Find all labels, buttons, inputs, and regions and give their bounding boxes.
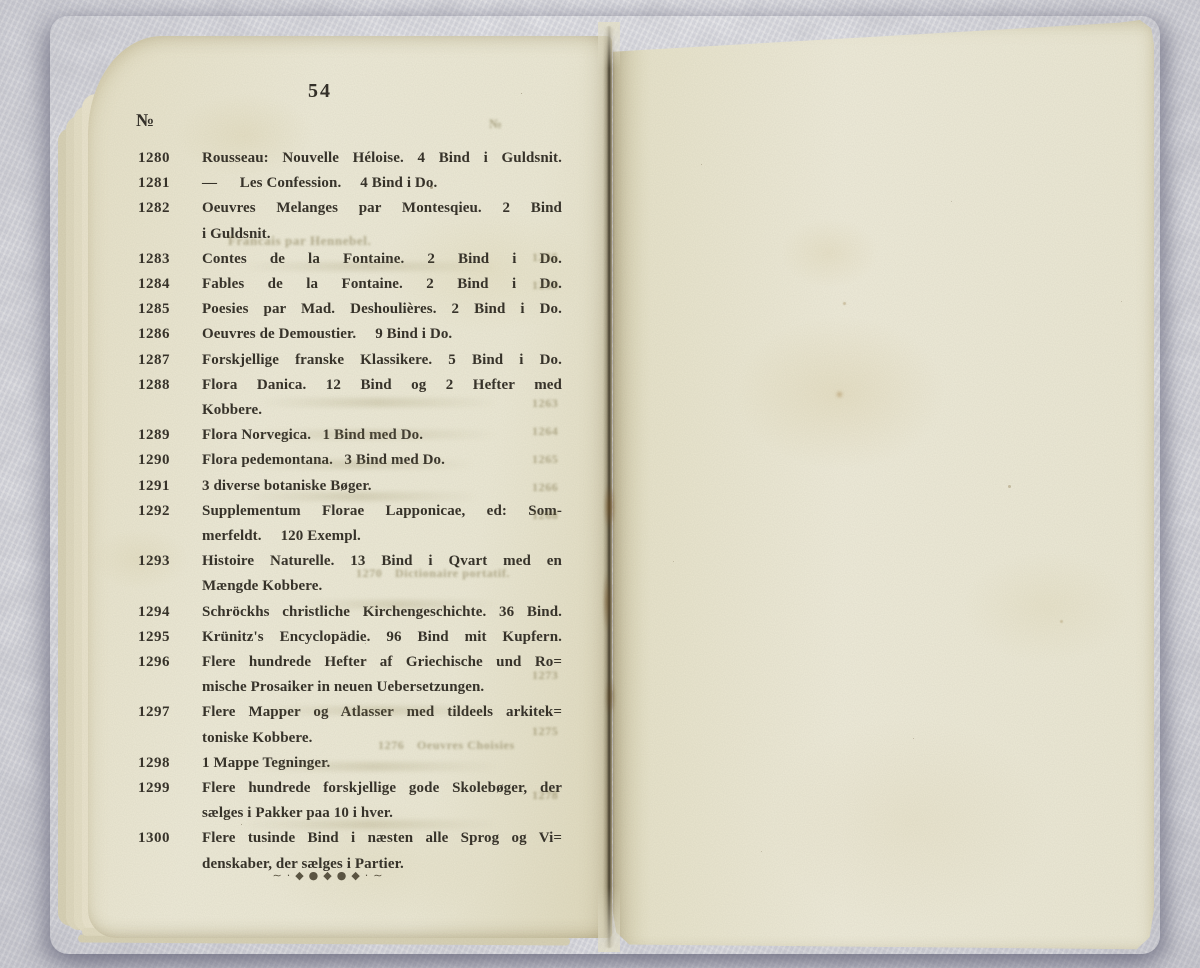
numero-column-header: № <box>136 110 154 131</box>
catalog-entry: 1289Flora Norvegica. 1 Bind med Do. <box>138 423 562 448</box>
entry-number: 1283 <box>138 247 202 272</box>
entry-line: 3 diverse botaniske Bøger. <box>202 474 562 499</box>
catalog-entry: 1297Flere Mapper og Atlasser med tildeel… <box>138 700 562 750</box>
entry-line: Oeuvres Melanges par Montesqieu. 2 Bind <box>202 196 562 221</box>
entry-line: — Les Confession. 4 Bind i Do. <box>202 171 562 196</box>
entry-line: Poesies par Mad. Deshoulières. 2 Bind i … <box>202 297 562 322</box>
entry-number: 1294 <box>138 600 202 625</box>
photo-of-open-book: 54 № 1280Rousseau: Nouvelle Héloise. 4 B… <box>0 0 1200 968</box>
page-number: 54 <box>308 80 332 103</box>
entry-line: Flere tusinde Bind i næsten alle Sprog o… <box>202 826 562 851</box>
entry-number: 1299 <box>138 776 202 826</box>
right-page-blank <box>613 20 1154 952</box>
catalog-entry: 1287Forskjellige franske Klassikere. 5 B… <box>138 348 562 373</box>
entry-number: 1296 <box>138 650 202 700</box>
catalog-entry: 1290Flora pedemontana. 3 Bind med Do. <box>138 448 562 473</box>
entry-number: 1285 <box>138 297 202 322</box>
entry-number: 1286 <box>138 322 202 347</box>
catalog-entries: 1280Rousseau: Nouvelle Héloise. 4 Bind i… <box>138 146 562 877</box>
entry-number: 1290 <box>138 448 202 473</box>
entry-line: 1 Mappe Tegninger. <box>202 751 562 776</box>
entry-number: 1284 <box>138 272 202 297</box>
entry-line: Mængde Kobbere. <box>202 574 562 599</box>
catalog-entry: 1284Fables de la Fontaine. 2 Bind i Do. <box>138 272 562 297</box>
entry-line: toniske Kobbere. <box>202 726 562 751</box>
entry-line: Flora Norvegica. 1 Bind med Do. <box>202 423 562 448</box>
catalog-entry: 1286Oeuvres de Demoustier. 9 Bind i Do. <box>138 322 562 347</box>
entry-line: Histoire Naturelle. 13 Bind i Qvart med … <box>202 549 562 574</box>
entry-line: Schröckhs christliche Kirchengeschichte.… <box>202 600 562 625</box>
foxing-specks <box>0 0 3 3</box>
catalog-entry: 1293Histoire Naturelle. 13 Bind i Qvart … <box>138 549 562 599</box>
catalog-entry: 1295Krünitz's Encyclopädie. 96 Bind mit … <box>138 625 562 650</box>
entry-line: Flora pedemontana. 3 Bind med Do. <box>202 448 562 473</box>
entry-number: 1295 <box>138 625 202 650</box>
entry-line: Krünitz's Encyclopädie. 96 Bind mit Kupf… <box>202 625 562 650</box>
catalog-entry: 1283Contes de la Fontaine. 2 Bind i Do. <box>138 247 562 272</box>
entry-number: 1282 <box>138 196 202 246</box>
catalog-entry: 1299Flere hundrede forskjellige gode Sko… <box>138 776 562 826</box>
catalog-entry: 12981 Mappe Tegninger. <box>138 751 562 776</box>
entry-line: sælges i Pakker paa 10 i hver. <box>202 801 562 826</box>
entry-number: 1298 <box>138 751 202 776</box>
catalog-entry: 12913 diverse botaniske Bøger. <box>138 474 562 499</box>
entry-line: Flora Danica. 12 Bind og 2 Hefter med <box>202 373 562 398</box>
entry-line: i Guldsnit. <box>202 222 562 247</box>
catalog-entry: 1282Oeuvres Melanges par Montesqieu. 2 B… <box>138 196 562 246</box>
entry-line: Fables de la Fontaine. 2 Bind i Do. <box>202 272 562 297</box>
gutter-shadow-fade <box>598 22 620 952</box>
end-ornament: ∼·◆●◆●◆·∼ <box>140 869 520 882</box>
catalog-entry: 1281— Les Confession. 4 Bind i Do. <box>138 171 562 196</box>
entry-line: Kobbere. <box>202 398 562 423</box>
entry-number: 1291 <box>138 474 202 499</box>
entry-line: mische Prosaiker in neuen Uebersetzungen… <box>202 675 562 700</box>
entry-number: 1287 <box>138 348 202 373</box>
entry-number: 1281 <box>138 171 202 196</box>
catalog-entry: 1288Flora Danica. 12 Bind og 2 Hefter me… <box>138 373 562 423</box>
entry-number: 1288 <box>138 373 202 423</box>
entry-line: Forskjellige franske Klassikere. 5 Bind … <box>202 348 562 373</box>
entry-line: Oeuvres de Demoustier. 9 Bind i Do. <box>202 322 562 347</box>
entry-line: Flere hundrede Hefter af Griechische und… <box>202 650 562 675</box>
entry-number: 1292 <box>138 499 202 549</box>
entry-number: 1293 <box>138 549 202 599</box>
catalog-entry: 1280Rousseau: Nouvelle Héloise. 4 Bind i… <box>138 146 562 171</box>
entry-number: 1280 <box>138 146 202 171</box>
entry-number: 1289 <box>138 423 202 448</box>
entry-line: Flere hundrede forskjellige gode Skolebø… <box>202 776 562 801</box>
entry-number: 1297 <box>138 700 202 750</box>
entry-line: Rousseau: Nouvelle Héloise. 4 Bind i Gul… <box>202 146 562 171</box>
catalog-entry: 1296Flere hundrede Hefter af Griechische… <box>138 650 562 700</box>
entry-line: Flere Mapper og Atlasser med tildeels ar… <box>202 700 562 725</box>
entry-line: Supplementum Florae Lapponicae, ed: Som- <box>202 499 562 524</box>
catalog-entry: 1294Schröckhs christliche Kirchengeschic… <box>138 600 562 625</box>
entry-line: Contes de la Fontaine. 2 Bind i Do. <box>202 247 562 272</box>
entry-line: merfeldt. 120 Exempl. <box>202 524 562 549</box>
catalog-entry: 1285Poesies par Mad. Deshoulières. 2 Bin… <box>138 297 562 322</box>
catalog-entry: 1292Supplementum Florae Lapponicae, ed: … <box>138 499 562 549</box>
